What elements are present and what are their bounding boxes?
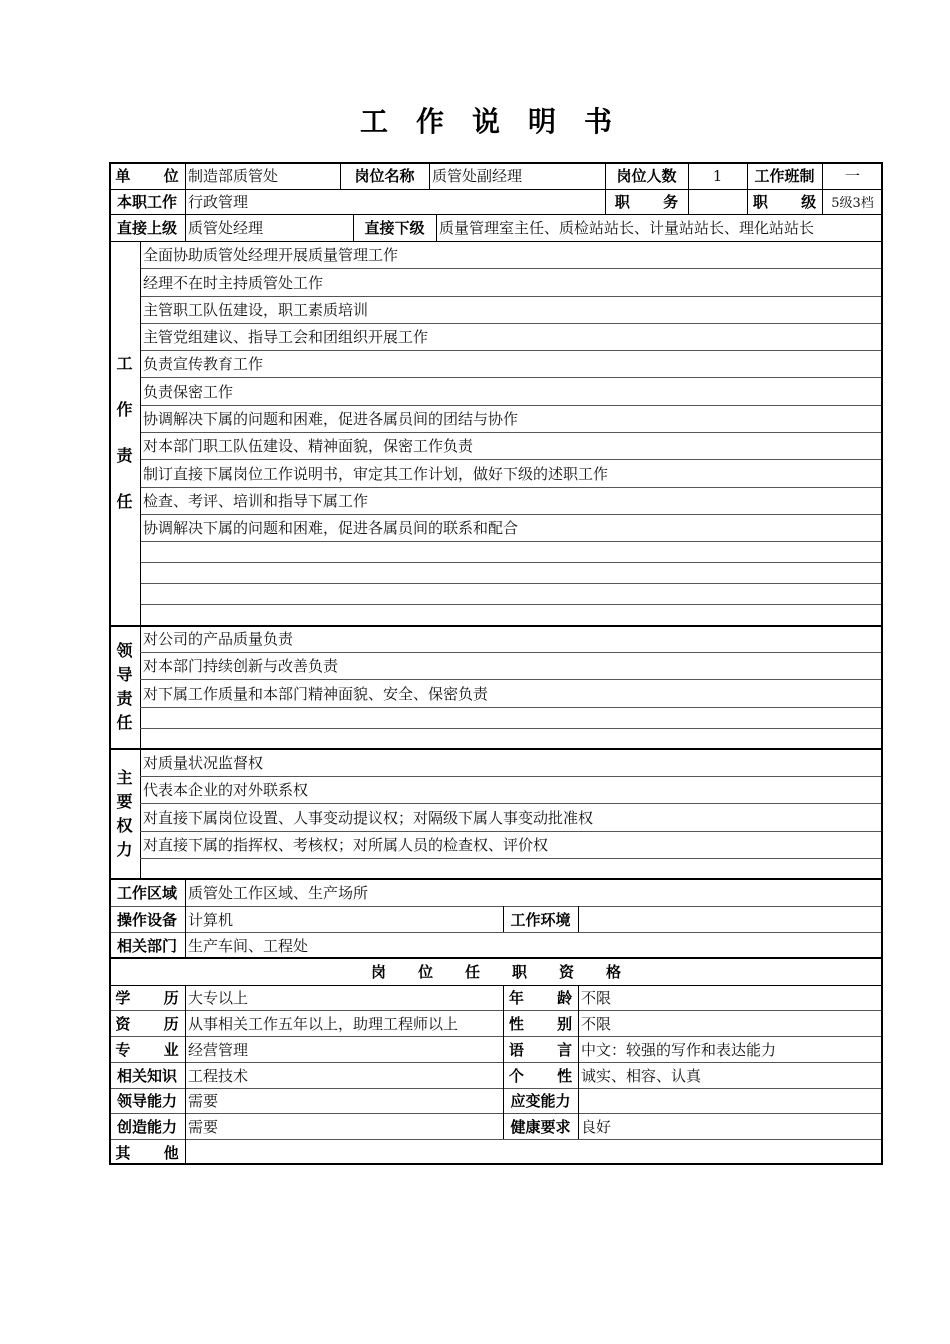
document-title: 工作说明书 <box>0 100 950 140</box>
table-border <box>109 162 883 1165</box>
